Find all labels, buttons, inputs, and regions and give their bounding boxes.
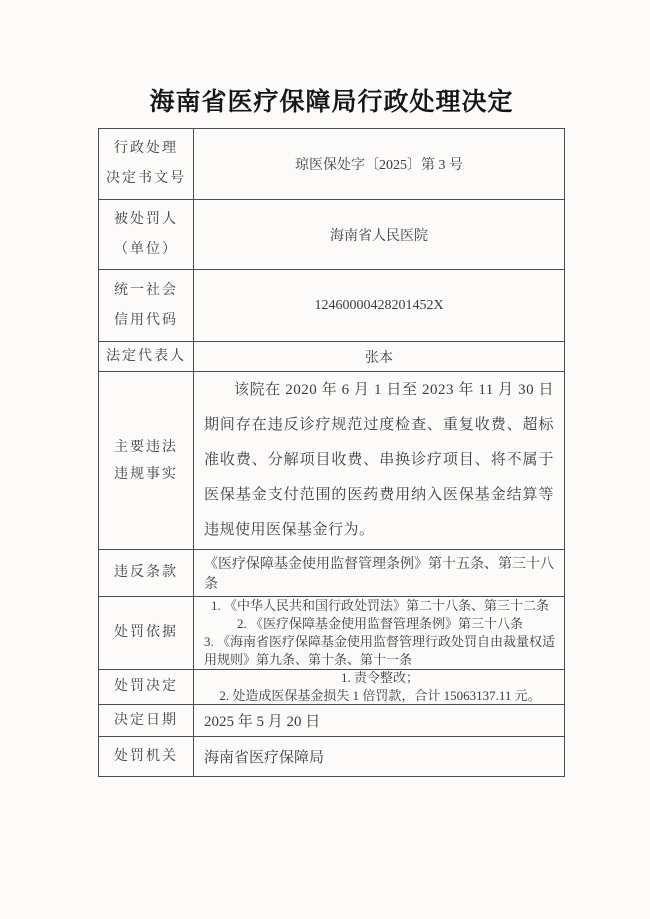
- label-line: 信用代码: [114, 306, 178, 336]
- row-label-penalty-basis: 处罚依据: [99, 597, 194, 669]
- label-line: 统一社会: [114, 276, 178, 306]
- label-line: 处罚机关: [114, 742, 178, 772]
- label-line: 决定日期: [114, 706, 178, 736]
- label-line: 法定代表人: [106, 342, 186, 372]
- row-label-penalty-decision: 处罚决定: [99, 670, 194, 704]
- table-row-doc-number: 行政处理 决定书文号 琼医保处字〔2025〕第 3 号: [99, 129, 564, 200]
- row-value-authority: 海南省医疗保障局: [194, 737, 564, 776]
- decision-date-text: 2025 年 5 月 20 日: [204, 710, 320, 731]
- table-row-authority: 处罚机关 海南省医疗保障局: [99, 737, 564, 776]
- row-label-penalized: 被处罚人 （单位）: [99, 200, 194, 269]
- penalty-basis-item: 2. 《医疗保障基金使用监督管理条例》第三十八条: [237, 615, 523, 633]
- table-row-penalized: 被处罚人 （单位） 海南省人民医院: [99, 200, 564, 270]
- penalty-decision-item: 2. 处造成医保基金损失 1 倍罚款，合计 15063137.11 元。: [219, 687, 540, 705]
- table-row-violated-clauses: 违反条款 《医疗保障基金使用监督管理条例》第十五条、第三十八条: [99, 550, 564, 597]
- row-value-decision-date: 2025 年 5 月 20 日: [194, 705, 564, 736]
- document-page: 海南省医疗保障局行政处理决定 行政处理 决定书文号 琼医保处字〔2025〕第 3…: [0, 0, 650, 919]
- table-row-penalty-decision: 处罚决定 1. 责令整改； 2. 处造成医保基金损失 1 倍罚款，合计 1506…: [99, 670, 564, 705]
- label-line: 违规事实: [114, 461, 178, 488]
- label-line: 决定书文号: [106, 164, 186, 194]
- row-label-legal-rep: 法定代表人: [99, 342, 194, 371]
- table-row-penalty-basis: 处罚依据 1. 《中华人民共和国行政处罚法》第二十八条、第三十二条 2. 《医疗…: [99, 597, 564, 670]
- penalty-basis-item: 1. 《中华人民共和国行政处罚法》第二十八条、第三十二条: [211, 597, 549, 615]
- facts-paragraph: 该院在 2020 年 6 月 1 日至 2023 年 11 月 30 日期间存在…: [194, 373, 564, 548]
- row-value-penalty-decision: 1. 责令整改； 2. 处造成医保基金损失 1 倍罚款，合计 15063137.…: [194, 670, 564, 704]
- label-line: 被处罚人: [114, 205, 178, 235]
- penalty-basis-item: 3. 《海南省医疗保障基金使用监督管理行政处罚自由裁量权适用规则》第九条、第十条…: [204, 633, 556, 669]
- row-label-decision-date: 决定日期: [99, 705, 194, 736]
- credit-code-text: 12460000428201452X: [314, 298, 443, 314]
- row-label-authority: 处罚机关: [99, 737, 194, 776]
- row-value-penalized: 海南省人民医院: [194, 200, 564, 269]
- row-value-penalty-basis: 1. 《中华人民共和国行政处罚法》第二十八条、第三十二条 2. 《医疗保障基金使…: [194, 597, 564, 669]
- label-line: 违反条款: [114, 558, 178, 588]
- doc-number-text: 琼医保处字〔2025〕第 3 号: [295, 154, 463, 174]
- row-label-violated-clauses: 违反条款: [99, 550, 194, 596]
- label-line: 处罚依据: [114, 618, 178, 648]
- row-value-legal-rep: 张本: [194, 342, 564, 371]
- document-title: 海南省医疗保障局行政处理决定: [98, 82, 565, 118]
- authority-text: 海南省医疗保障局: [204, 746, 324, 767]
- row-value-violated-clauses: 《医疗保障基金使用监督管理条例》第十五条、第三十八条: [194, 550, 564, 596]
- row-value-doc-number: 琼医保处字〔2025〕第 3 号: [194, 129, 564, 199]
- label-line: 主要违法: [114, 434, 178, 461]
- table-row-credit-code: 统一社会 信用代码 12460000428201452X: [99, 270, 564, 342]
- violated-clauses-text: 《医疗保障基金使用监督管理条例》第十五条、第三十八条: [204, 553, 556, 593]
- legal-rep-text: 张本: [365, 347, 393, 367]
- row-label-facts: 主要违法 违规事实: [99, 372, 194, 549]
- row-value-credit-code: 12460000428201452X: [194, 270, 564, 341]
- row-value-facts: 该院在 2020 年 6 月 1 日至 2023 年 11 月 30 日期间存在…: [194, 372, 564, 549]
- row-label-credit-code: 统一社会 信用代码: [99, 270, 194, 341]
- label-line: 行政处理: [114, 134, 178, 164]
- table-row-facts: 主要违法 违规事实 该院在 2020 年 6 月 1 日至 2023 年 11 …: [99, 372, 564, 550]
- label-line: （单位）: [114, 235, 178, 265]
- table-row-legal-rep: 法定代表人 张本: [99, 342, 564, 372]
- row-label-doc-number: 行政处理 决定书文号: [99, 129, 194, 199]
- penalty-decision-table: 行政处理 决定书文号 琼医保处字〔2025〕第 3 号 被处罚人 （单位） 海南…: [98, 128, 565, 777]
- penalty-decision-item: 1. 责令整改；: [341, 669, 419, 687]
- penalized-name-text: 海南省人民医院: [330, 225, 428, 245]
- label-line: 处罚决定: [114, 672, 178, 702]
- table-row-decision-date: 决定日期 2025 年 5 月 20 日: [99, 705, 564, 737]
